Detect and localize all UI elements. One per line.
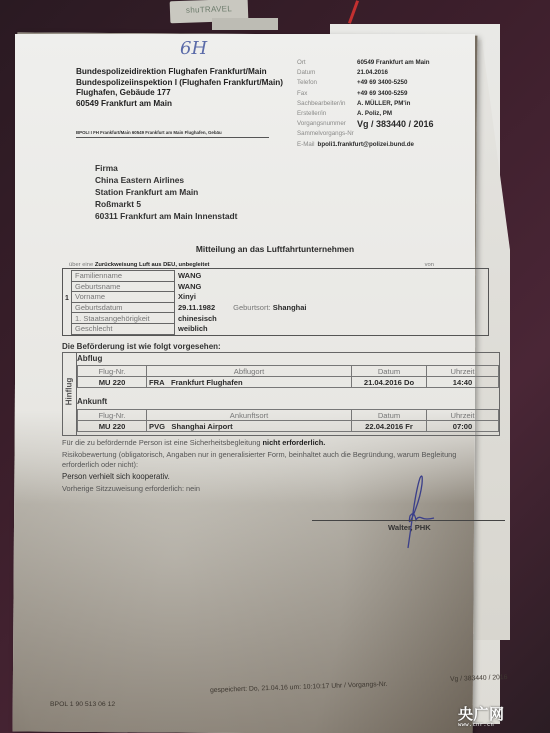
flight-box: Hinflug Abflug Flug-Nr. Abflugort Datum … [62, 352, 500, 436]
meta-row-telefon: Telefon+49 69 3400-5250 [297, 78, 434, 88]
recipient-address: Firma China Eastern Airlines Station Fra… [95, 162, 237, 222]
departure-table: Flug-Nr. Abflugort Datum Uhrzeit MU 220 … [77, 365, 499, 388]
luggage-tag-text: shuTRAVEL [186, 4, 232, 15]
watermark-logo: 央广网 [458, 706, 505, 723]
recipient-line: China Eastern Airlines [95, 174, 237, 186]
meta-row-vorgangsnummer: VorgangsnummerVg / 383440 / 2016 [297, 119, 434, 129]
meta-row-ersteller: Ersteller/inA. Poliz, PM [297, 109, 434, 119]
transport-heading: Die Beförderung ist wie folgt vorgesehen… [62, 342, 221, 351]
recipient-line: Firma [95, 162, 237, 174]
person-row: GeburtsnameWANG [72, 281, 311, 292]
sender-line: Flughafen, Gebäude 177 [76, 88, 283, 99]
meta-row-sachbearbeiter: Sachbearbeiter/inA. MÜLLER, PM'in [297, 99, 434, 109]
meta-row-sammelvorgang: Sammelvorgangs-Nr [297, 129, 434, 139]
birthplace: Geburtsort: Shanghai [233, 303, 306, 312]
departure-section-label: Abflug [77, 354, 497, 363]
metadata-block: Ort60549 Frankfurt am Main Datum21.04.20… [297, 58, 434, 150]
person-row: Geschlechtweiblich [72, 323, 311, 334]
arrival-date: 22.04.2016 Fr [352, 421, 427, 432]
escort-note: Für die zu befördernde Person ist eine S… [62, 438, 502, 448]
departure-flight-no: MU 220 [78, 377, 147, 388]
person-table: FamiliennameWANG GeburtsnameWANG Vorname… [71, 270, 311, 335]
sender-line: 60549 Frankfurt am Main [76, 99, 283, 110]
arrival-table: Flug-Nr. Ankunftsort Datum Uhrzeit MU 22… [77, 409, 499, 432]
meta-row-fax: Fax+49 69 3400-5259 [297, 89, 434, 99]
meta-row-email: E-Mailbpoli1.frankfurt@polizei.bund.de [297, 140, 434, 150]
departure-airport: FRA Frankfurt Flughafen [147, 377, 352, 388]
signatory-name: Walter, PHK [388, 523, 431, 532]
recipient-line: Roßmarkt 5 [95, 198, 237, 210]
arrival-section-label: Ankunft [77, 397, 497, 406]
return-address: BPOLI I FH Frankfurt/Main 60549 Frankfur… [76, 130, 269, 138]
meta-row-ort: Ort60549 Frankfurt am Main [297, 58, 434, 68]
document-title: Mitteilung an das Luftfahrtunternehmen [60, 244, 490, 254]
sender-line: Bundespolizeiinspektion I (Flughafen Fra… [76, 78, 283, 89]
recipient-line: 60311 Frankfurt am Main Innenstadt [95, 210, 237, 222]
recipient-line: Station Frankfurt am Main [95, 186, 237, 198]
arrival-flight-no: MU 220 [78, 421, 147, 432]
form-id: BPOL 1 90 513 06 12 [50, 701, 115, 708]
person-row: VornameXinyi [72, 292, 311, 303]
hinflug-label: Hinflug [62, 353, 77, 435]
arrival-airport: PVG Shanghai Airport [147, 421, 352, 432]
handwritten-note: 6H [180, 38, 207, 59]
departure-time: 14:40 [427, 377, 499, 388]
person-row: 1. Staatsangehörigkeitchinesisch [72, 313, 311, 324]
person-index: 1 [65, 295, 69, 302]
paper-clip [212, 18, 278, 30]
person-row: Geburtsdatum29.11.1982Geburtsort: Shangh… [72, 302, 311, 313]
sender-address: Bundespolizeidirektion Flughafen Frankfu… [76, 67, 283, 109]
meta-row-datum: Datum21.04.2016 [297, 68, 434, 78]
person-row: FamiliennameWANG [72, 271, 311, 282]
watermark: 央广网 www.cnr.cn [458, 703, 505, 728]
risk-label: Risikobewertung (obligatorisch, Angaben … [62, 450, 487, 470]
departure-date: 21.04.2016 Do [352, 377, 427, 388]
signature-line [312, 520, 505, 521]
signature-scribble [390, 470, 450, 550]
sender-line: Bundespolizeidirektion Flughafen Frankfu… [76, 67, 283, 78]
red-cord [348, 0, 359, 24]
arrival-time: 07:00 [427, 421, 499, 432]
person-details-box: 1 FamiliennameWANG GeburtsnameWANG Vorna… [62, 268, 489, 336]
